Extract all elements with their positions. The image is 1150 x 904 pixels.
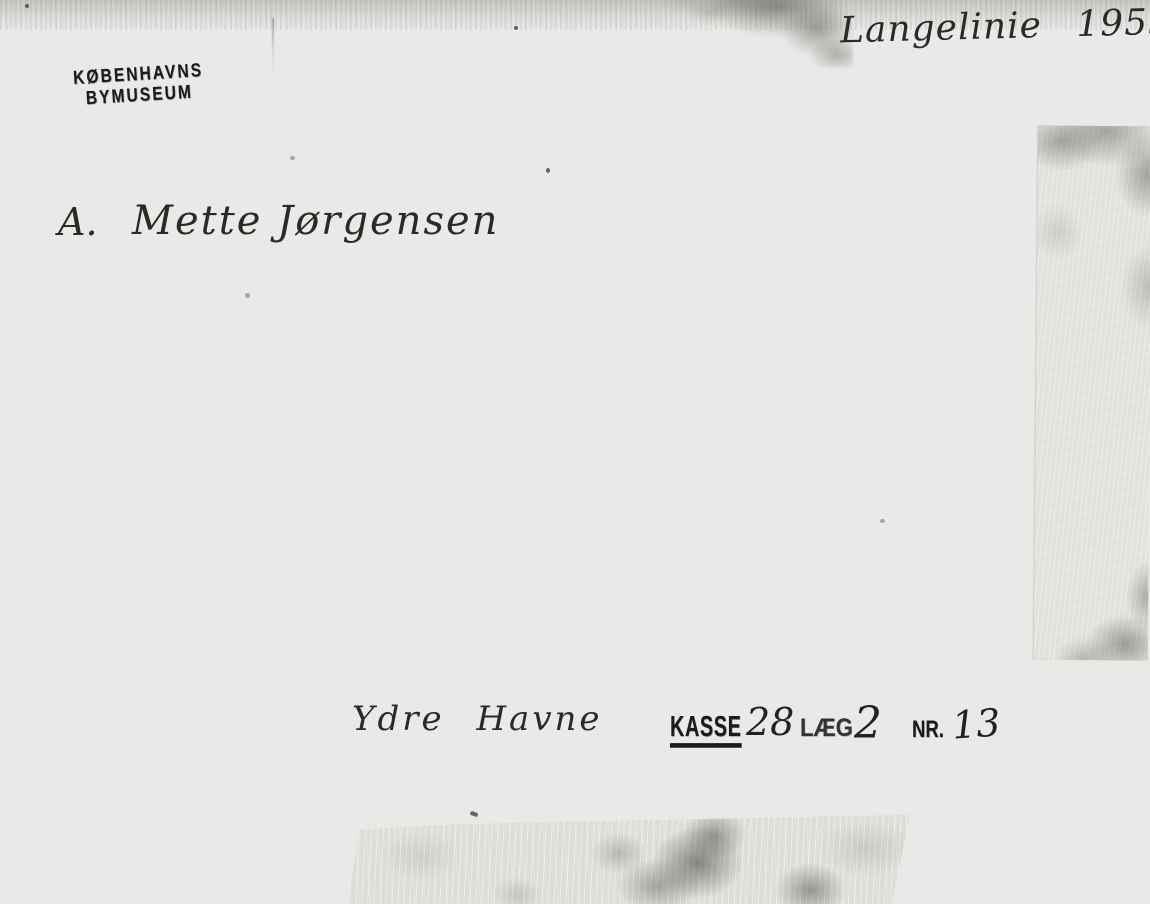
glue-smudge-top-right [648,0,853,68]
photo-verso-scan: Langelinie 1955 KØBENHAVNS BYMUSEUM A. M… [0,0,1150,904]
dust-speck [290,156,295,160]
dust-speck [25,4,29,8]
kasse-stamp: KASSE [670,710,742,748]
tape-stain-right [1034,126,1150,661]
museum-stamp: KØBENHAVNS BYMUSEUM [72,60,206,110]
tape-stain-bottom [348,812,912,904]
handwriting-name: Mette Jørgensen [132,198,499,244]
dust-speck [880,519,885,523]
handwriting-title: Langelinie 1955 [840,2,1150,52]
kasse-number-handwriting: 28 [746,700,794,744]
handwriting-location: Ydre Havne [352,699,603,739]
ink-speck [470,811,479,817]
dust-speck [245,293,250,298]
dust-speck [546,168,550,173]
nr-number-handwriting: 13 [951,700,1002,747]
laeg-stamp: LÆG [800,714,853,743]
laeg-number-handwriting: 2 [854,698,882,749]
crease-line [272,18,274,80]
handwriting-name-initial: A. [58,200,98,244]
nr-stamp: NR. [912,716,944,744]
dust-speck [514,26,518,30]
